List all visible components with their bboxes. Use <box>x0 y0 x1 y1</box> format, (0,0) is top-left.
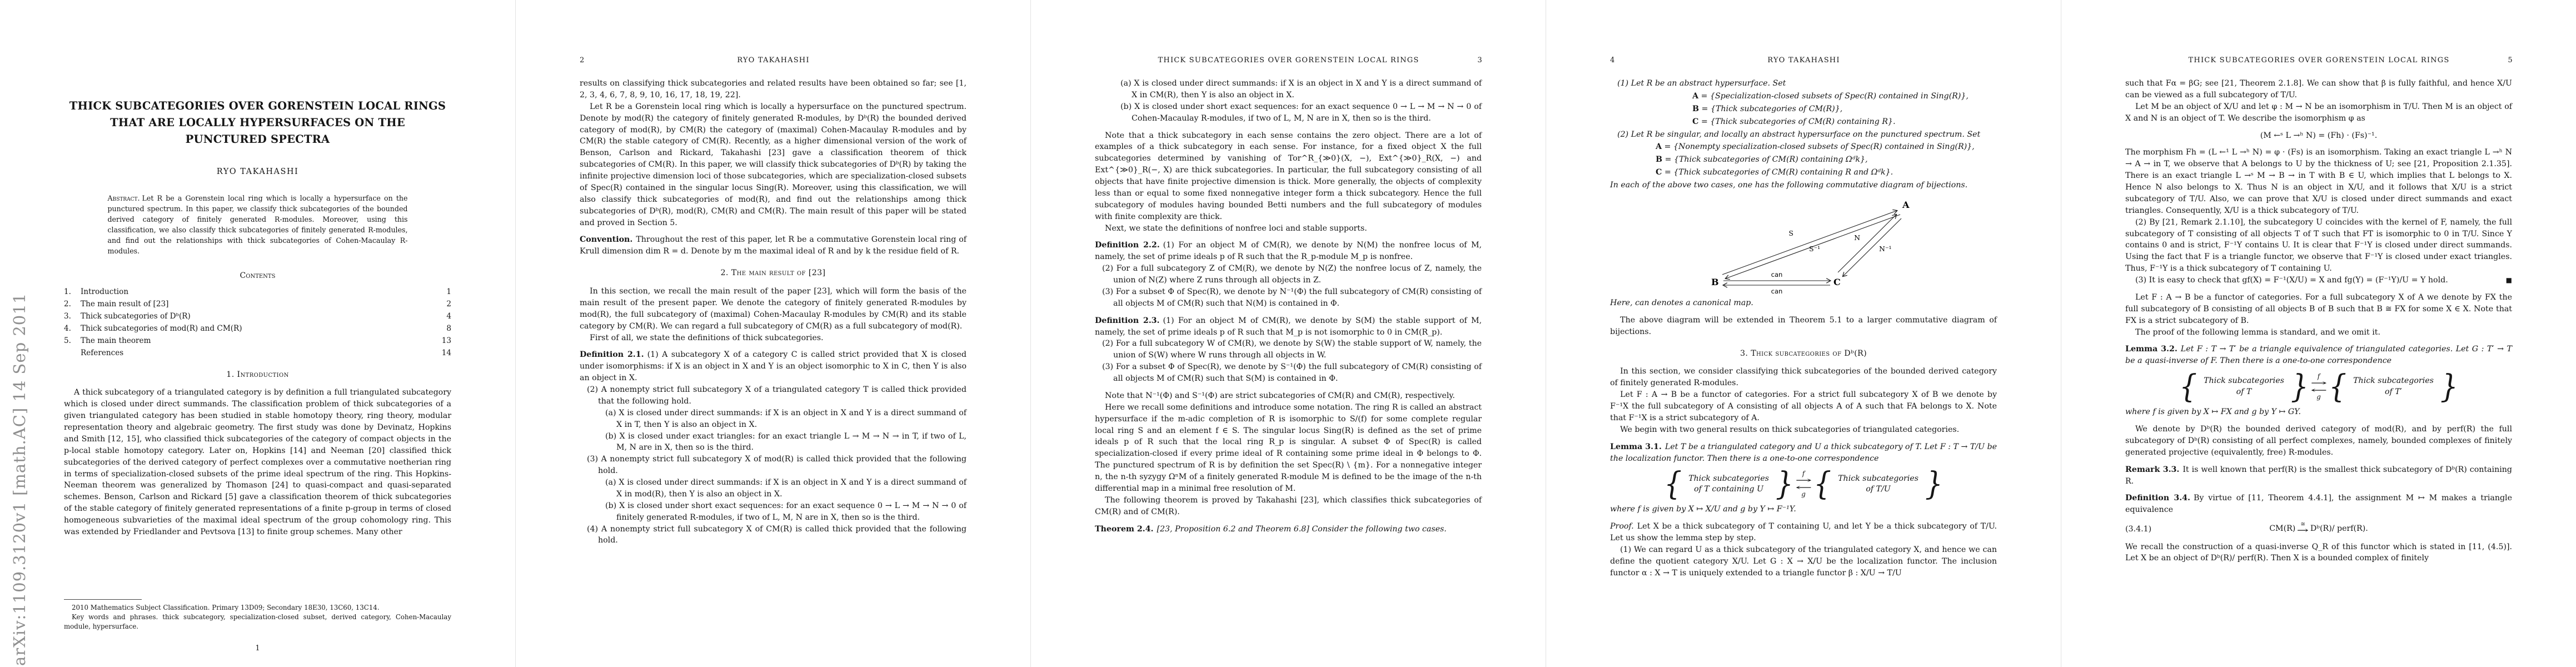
abstract-label: Abstract. <box>108 194 140 202</box>
correspondence-right-line1: Thick subcategories <box>1838 474 1919 484</box>
list-item: (2) For a full subcategory Z of CM(R), w… <box>1095 263 1482 286</box>
arxiv-stamp: arXiv:1109.3120v1 [math.AC] 14 Sep 2011 <box>10 227 29 666</box>
left-arrow-icon: ← <box>2310 387 2327 394</box>
paragraph-lead: Remark 3.3. <box>2125 465 2179 474</box>
theorem-case-2: (2) Let R be singular, and locally an ab… <box>1610 129 1997 141</box>
lemma-3-1: Lemma 3.1.Let T be a triangulated catego… <box>1610 441 1997 465</box>
paragraph-lead: Definition 2.1. <box>580 350 644 359</box>
equation-right: Dᵇ(R)/ perf(R). <box>2310 524 2368 533</box>
paragraph-text: Throughout the rest of this paper, let R… <box>580 235 966 256</box>
paragraph-lead: Lemma 3.1. <box>1610 442 1662 451</box>
equation-left: CM(R) <box>2269 524 2295 533</box>
paragraph: where f is given by X ↦ X/U and g by Y ↦… <box>1610 504 1997 515</box>
paragraph: such that Fα = βG; see [21, Theorem 2.1.… <box>2125 78 2512 101</box>
equation-body: CM(R)≅→Dᵇ(R)/ perf(R). <box>2269 524 2368 533</box>
set-definition: = {Thick subcategories of CM(R) containi… <box>1701 117 1896 126</box>
display-line: A = {Specialization-closed subsets of Sp… <box>1610 91 1997 102</box>
correspondence-right-line1: Thick subcategories <box>2353 376 2434 386</box>
definition-2-3: Definition 2.3.(1) For an object M of CM… <box>1095 315 1482 339</box>
toc-number <box>64 347 81 359</box>
paragraph: The above diagram will be extended in Th… <box>1610 315 1997 338</box>
correspondence-left-line2: of T containing U <box>1688 484 1769 495</box>
paragraph: We begin with two general results on thi… <box>1610 424 1997 436</box>
paper-title: THICK SUBCATEGORIES OVER GORENSTEIN LOCA… <box>69 98 447 148</box>
toc-page: 13 <box>429 335 451 347</box>
paragraph-lead: Definition 2.2. <box>1095 241 1160 250</box>
paragraph-lead: Definition 3.4. <box>2125 494 2190 502</box>
toc-page: 1 <box>429 286 451 298</box>
page-3: THICK SUBCATEGORIES OVER GORENSTEIN LOCA… <box>1030 0 1546 667</box>
toc-page: 14 <box>429 347 451 359</box>
running-head: THICK SUBCATEGORIES OVER GORENSTEIN LOCA… <box>1095 56 1482 64</box>
diagram-node-c: C <box>1833 277 1841 287</box>
correspondence-right-line2: of T′ <box>2353 387 2434 397</box>
paragraph: (1) We can regard U as a thick subcatego… <box>1610 544 1997 579</box>
set-definition: = {Specialization-closed subsets of Spec… <box>1701 92 1969 101</box>
page-5: THICK SUBCATEGORIES OVER GORENSTEIN LOCA… <box>2061 0 2576 667</box>
paragraph: In this section, we consider classifying… <box>1610 366 1997 389</box>
list-item: (2) A nonempty strict full subcategory X… <box>580 384 966 407</box>
abstract-text: Let R be a Gorenstein local ring which i… <box>108 194 408 256</box>
running-head-page-number: 4 <box>1610 56 1636 64</box>
paragraph: Let F : A → B be a functor of categories… <box>1610 389 1997 424</box>
paragraph: results on classifying thick subcategori… <box>580 78 966 101</box>
diagram-node-b: B <box>1711 277 1719 287</box>
toc-number: 2. <box>64 298 81 310</box>
toc-page: 2 <box>429 298 451 310</box>
running-head: 4 RYO TAKAHASHI <box>1610 56 1997 64</box>
page-2: 2 RYO TAKAHASHI results on classifying t… <box>515 0 1030 667</box>
paragraph-text: Let X be a thick subcategory of T contai… <box>1610 522 1997 542</box>
running-head-title: RYO TAKAHASHI <box>605 56 941 64</box>
list-item: (b) X is closed under short exact sequen… <box>580 500 966 524</box>
paragraph: Here, can denotes a canonical map. <box>1610 297 1997 309</box>
display-line: C = {Thick subcategories of CM(R) contai… <box>1610 167 1997 178</box>
list-item: (a) X is closed under direct summands: i… <box>1095 78 1482 101</box>
list-item: (3) A nonempty strict full subcategory X… <box>580 454 966 477</box>
paragraph-text: It is well known that perf(R) is the sma… <box>2125 465 2512 486</box>
paragraph-lead: Definition 2.3. <box>1095 316 1159 325</box>
list-item: (3) For a subset Φ of Spec(R), we denote… <box>1095 361 1482 385</box>
right-brace: } <box>1776 470 1793 499</box>
section-heading-1: 1. Introduction <box>64 369 451 381</box>
correspondence-left-line2: of T <box>2204 387 2284 397</box>
correspondence-display: { Thick subcategories of T containing U … <box>1610 471 1997 497</box>
theorem-case-1: (1) Let R be an abstract hypersurface. S… <box>1610 78 1997 89</box>
paragraph: Note that N⁻¹(Φ) and S⁻¹(Φ) are strict s… <box>1095 390 1482 402</box>
paragraph: where f is given by X ↦ FX and g by Y ↦ … <box>2125 406 2512 418</box>
left-brace: { <box>1664 470 1682 499</box>
set-label: B <box>1692 104 1699 113</box>
toc-page: 4 <box>429 310 451 322</box>
paragraph: Let R be a Gorenstein local ring which i… <box>580 101 966 229</box>
running-head-page-number: 2 <box>580 56 605 64</box>
left-brace: { <box>2329 372 2346 401</box>
definition-2-1: Definition 2.1.(1) A subcategory X of a … <box>580 349 966 384</box>
toc-number: 4. <box>64 322 81 335</box>
commutative-diagram: A B C S S⁻¹ N N⁻¹ can can <box>1620 193 1987 296</box>
set-definition: = {Thick subcategories of CM(R) containi… <box>1665 155 1868 164</box>
set-label: A <box>1656 142 1662 151</box>
correspondence-left-line1: Thick subcategories <box>1688 474 1769 484</box>
list-item: (a) X is closed under direct summands: i… <box>580 477 966 500</box>
remark-3-3: Remark 3.3.It is well known that perf(R)… <box>2125 464 2512 487</box>
right-brace: } <box>1925 470 1943 499</box>
paragraph: We denote by Dᵇ(R) the bounded derived c… <box>2125 424 2512 459</box>
correspondence-right-line2: of T/U <box>1838 484 1919 495</box>
correspondence-arrows: f → ← g <box>1800 471 1807 497</box>
paragraph: (3) It is easy to check that gf(X) = F⁻¹… <box>2125 275 2512 286</box>
contents-heading: Contents <box>64 271 451 280</box>
running-head: THICK SUBCATEGORIES OVER GORENSTEIN LOCA… <box>2125 56 2513 64</box>
table-of-contents: 1. Introduction 1 2. The main result of … <box>64 286 451 359</box>
diagram-label-s: S <box>1788 229 1793 237</box>
toc-row: 4. Thick subcategories of mod(R) and CM(… <box>64 322 451 335</box>
page-4: 4 RYO TAKAHASHI (1) Let R be an abstract… <box>1546 0 2061 667</box>
theorem-2-4: Theorem 2.4.[23, Proposition 6.2 and The… <box>1095 524 1482 535</box>
toc-label: Introduction <box>81 286 429 298</box>
paragraph-lead: Lemma 3.2. <box>2125 345 2178 354</box>
toc-label: References <box>81 347 429 359</box>
toc-row: 2. The main result of [23] 2 <box>64 298 451 310</box>
toc-number: 3. <box>64 310 81 322</box>
diagram-label-s-inverse: S⁻¹ <box>1809 245 1820 253</box>
right-brace: } <box>2291 372 2309 401</box>
list-item: (a) X is closed under direct summands: i… <box>580 407 966 431</box>
page-1: arXiv:1109.3120v1 [math.AC] 14 Sep 2011 … <box>0 0 515 667</box>
paragraph-text: (3) It is easy to check that gf(X) = F⁻¹… <box>2135 276 2448 285</box>
toc-label: The main theorem <box>81 335 429 347</box>
paragraph-text: Let F : T → T′ be a triangle equivalence… <box>2125 345 2512 365</box>
section-heading-3: 3. Thick subcategories of Dᵇ(R) <box>1610 348 1997 360</box>
display-line: A = {Nonempty specialization-closed subs… <box>1610 141 1997 153</box>
correspondence-display: { Thick subcategories of T } f → ← g { T… <box>2125 374 2512 400</box>
paragraph: Next, we state the definitions of nonfre… <box>1095 223 1482 235</box>
paragraph: Let F : A → B be a functor of categories… <box>2125 292 2512 327</box>
lemma-3-2: Lemma 3.2.Let F : T → T′ be a triangle e… <box>2125 344 2512 367</box>
running-head-title: RYO TAKAHASHI <box>1636 56 1972 64</box>
left-brace: { <box>1813 470 1831 499</box>
running-head-title: THICK SUBCATEGORIES OVER GORENSTEIN LOCA… <box>2151 56 2487 64</box>
list-item: (4) A nonempty strict full subcategory X… <box>580 524 966 547</box>
toc-row: References 14 <box>64 347 451 359</box>
list-item: (b) X is closed under short exact sequen… <box>1095 101 1482 125</box>
paragraph: First of all, we state the definitions o… <box>580 332 966 344</box>
qed-symbol: ■ <box>2496 275 2512 286</box>
set-definition: = {Nonempty specialization-closed subset… <box>1665 142 1975 151</box>
convention-paragraph: Convention.Throughout the rest of this p… <box>580 234 966 257</box>
left-brace: { <box>2179 372 2197 401</box>
list-item: (3) For a subset Φ of Spec(R), we denote… <box>1095 286 1482 310</box>
list-item: (b) X is closed under exact triangles: f… <box>580 431 966 454</box>
running-head-page-number: 5 <box>2487 56 2513 64</box>
display-line: B = {Thick subcategories of CM(R)}, <box>1610 103 1997 115</box>
toc-row: 5. The main theorem 13 <box>64 335 451 347</box>
set-label: C <box>1656 168 1662 177</box>
diagram-label-n-inverse: N⁻¹ <box>1879 245 1892 253</box>
set-label: C <box>1692 117 1698 126</box>
paragraph: In this section, we recall the main resu… <box>580 286 966 332</box>
set-definition: = {Thick subcategories of CM(R)}, <box>1702 104 1843 113</box>
diagram-label-n: N <box>1854 233 1860 242</box>
paragraph: The morphism Fh = (L ←¹ L →ʰ N) = φ · (F… <box>2125 147 2512 216</box>
set-label: B <box>1656 155 1662 164</box>
proof-paragraph: Proof.Let X be a thick subcategory of T … <box>1610 521 1997 544</box>
footnote-msc: 2010 Mathematics Subject Classification.… <box>64 603 451 613</box>
paragraph-lead: Theorem 2.4. <box>1095 525 1153 534</box>
paragraph-text: [23, Proposition 6.2 and Theorem 6.8] Co… <box>1157 525 1446 534</box>
paper-author: RYO TAKAHASHI <box>64 167 451 176</box>
paragraph: Here we recall some definitions and intr… <box>1095 402 1482 495</box>
section-heading-2: 2. The main result of [23] <box>580 267 966 279</box>
paper-sheet: arXiv:1109.3120v1 [math.AC] 14 Sep 2011 … <box>0 0 2576 667</box>
isomorphism-arrow-icon: ≅→ <box>2299 522 2306 534</box>
paragraph: Note that a thick subcategory in each se… <box>1095 130 1482 223</box>
paragraph-lead: Convention. <box>580 235 632 244</box>
correspondence-left: Thick subcategories of T <box>2204 376 2284 397</box>
toc-label: Thick subcategories of Dᵇ(R) <box>81 310 429 322</box>
paragraph: In each of the above two cases, one has … <box>1610 180 1997 191</box>
equation-number: (3.4.1) <box>2125 524 2151 535</box>
paragraph: (2) By [21, Remark 2.1.10], the subcateg… <box>2125 217 2512 275</box>
display-line: C = {Thick subcategories of CM(R) contai… <box>1610 116 1997 128</box>
paragraph-text: Let T be a triangulated category and U a… <box>1610 442 1997 463</box>
running-head: 2 RYO TAKAHASHI <box>580 56 967 64</box>
paragraph: The following theorem is proved by Takah… <box>1095 495 1482 518</box>
correspondence-right: Thick subcategories of T/U <box>1838 474 1919 495</box>
toc-row: 3. Thick subcategories of Dᵇ(R) 4 <box>64 310 451 322</box>
diagram-node-a: A <box>1902 200 1910 210</box>
paragraph: Let M be an object of X/U and let φ : M … <box>2125 101 2512 125</box>
running-head-title: THICK SUBCATEGORIES OVER GORENSTEIN LOCA… <box>1120 56 1457 64</box>
page-number: 1 <box>0 644 515 653</box>
intro-paragraph: A thick subcategory of a triangulated ca… <box>64 387 451 537</box>
toc-label: The main result of [23] <box>81 298 429 310</box>
paragraph: We recall the construction of a quasi-in… <box>2125 541 2512 565</box>
running-head-page-number: 3 <box>1457 56 1482 64</box>
left-arrow-icon: ← <box>1795 484 1812 491</box>
toc-number: 5. <box>64 335 81 347</box>
correspondence-arrows: f → ← g <box>2315 374 2323 400</box>
toc-number: 1. <box>64 286 81 298</box>
correspondence-left: Thick subcategories of T containing U <box>1688 474 1769 495</box>
displayed-equation: (M ←ˢ L →ʰ N) = (Fh) · (Fs)⁻¹. <box>2125 130 2512 142</box>
definition-3-4: Definition 3.4.By virtue of [11, Theorem… <box>2125 492 2512 516</box>
toc-label: Thick subcategories of mod(R) and CM(R) <box>81 322 429 335</box>
set-label: A <box>1692 92 1698 101</box>
numbered-equation: (3.4.1) CM(R)≅→Dᵇ(R)/ perf(R). <box>2125 522 2512 534</box>
correspondence-right: Thick subcategories of T′ <box>2353 376 2434 397</box>
footnote-rule <box>64 599 142 600</box>
display-line: B = {Thick subcategories of CM(R) contai… <box>1610 154 1997 166</box>
paragraph-lead: Proof. <box>1610 522 1634 531</box>
correspondence-left-line1: Thick subcategories <box>2204 376 2284 386</box>
toc-page: 8 <box>429 322 451 335</box>
diagram-label-can-bottom: can <box>1771 287 1783 295</box>
definition-2-2: Definition 2.2.(1) For an object M of CM… <box>1095 240 1482 263</box>
footnote-block: 2010 Mathematics Subject Classification.… <box>64 599 451 631</box>
abstract: Abstract.Let R be a Gorenstein local rin… <box>108 193 408 257</box>
toc-row: 1. Introduction 1 <box>64 286 451 298</box>
list-item: (2) For a full subcategory W of CM(R), w… <box>1095 338 1482 361</box>
paragraph: The proof of the following lemma is stan… <box>2125 327 2512 339</box>
right-brace: } <box>2440 372 2458 401</box>
footnote-keywords: Key words and phrases. thick subcategory… <box>64 613 451 631</box>
arrow-symbol: → <box>2297 527 2309 534</box>
diagram-label-can-top: can <box>1771 271 1783 278</box>
set-definition: = {Thick subcategories of CM(R) containi… <box>1665 168 1893 177</box>
